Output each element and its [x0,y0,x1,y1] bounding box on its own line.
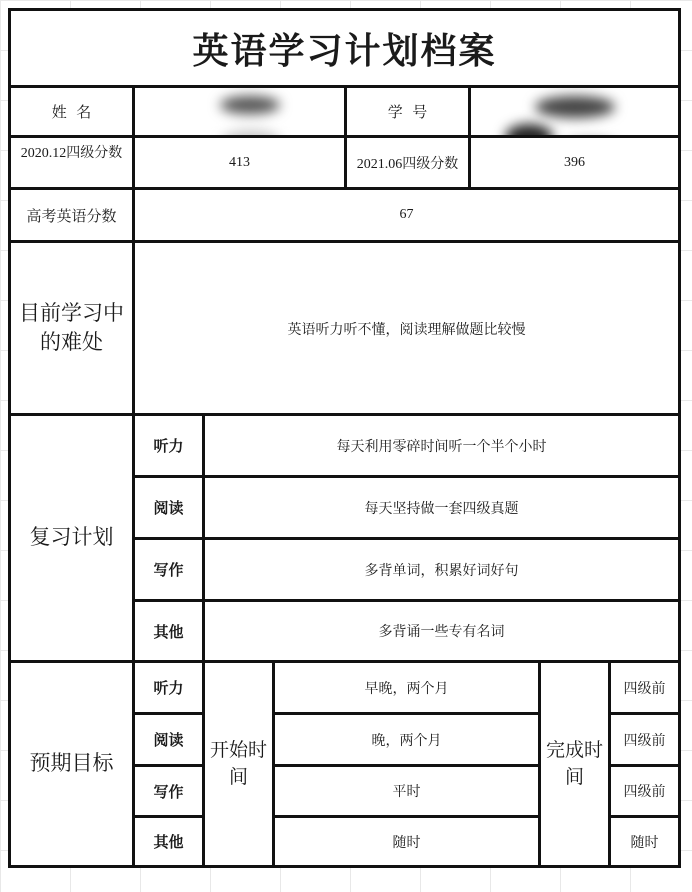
goal-skill-other-cell: 其他 [132,815,205,868]
difficulty-value-cell[interactable]: 英语听力听不懂，阅读理解做题比较慢 [132,240,681,416]
cet4-2020-value: 413 [229,155,250,171]
review-plan-reading-cell[interactable]: 每天坚持做一套四级真题 [202,475,681,540]
review-plan-reading: 每天坚持做一套四级真题 [365,498,519,518]
goal-start-other: 随时 [393,832,421,852]
difficulty-label-cell: 目前学习中的难处 [8,240,135,416]
goal-finish-listening-cell[interactable]: 四级前 [608,660,681,715]
goal-skill-listening-cell: 听力 [132,660,205,715]
goal-start-listening-cell[interactable]: 早晚，两个月 [272,660,541,715]
goal-start-writing: 平时 [393,781,421,801]
goal-skill-other: 其他 [153,831,183,852]
review-skill-writing-cell: 写作 [132,537,205,602]
cet4-2020-value-cell[interactable]: 413 [132,135,347,190]
goal-finish-reading-cell[interactable]: 四级前 [608,712,681,767]
review-skill-other: 其他 [153,621,183,642]
cet4-2021-value-cell[interactable]: 396 [468,135,681,190]
review-plan-other-cell[interactable]: 多背诵一些专有名词 [202,599,681,663]
gaokao-value-cell[interactable]: 67 [132,187,681,243]
goal-finish-writing-cell[interactable]: 四级前 [608,764,681,818]
review-plan-writing-cell[interactable]: 多背单词，积累好词好句 [202,537,681,602]
goal-finish-reading: 四级前 [624,730,666,750]
goals-label-cell: 预期目标 [8,660,135,868]
review-skill-reading-cell: 阅读 [132,475,205,540]
start-time-label-cell: 开始时间 [202,660,275,868]
gaokao-label: 高考英语分数 [26,205,116,226]
difficulty-label: 目前学习中的难处 [15,299,128,358]
document-title: 英语学习计划档案 [8,8,681,88]
review-plan-listening: 每天利用零碎时间听一个半个小时 [337,436,547,456]
name-label-cell: 姓 名 [8,85,135,138]
finish-time-label-cell: 完成时间 [538,660,611,868]
cet4-2021-label: 2021.06四级分数 [357,153,459,173]
goal-skill-writing: 写作 [153,781,183,802]
goal-start-reading-cell[interactable]: 晚，两个月 [272,712,541,767]
review-plan-writing: 多背单词，积累好词好句 [365,560,519,580]
start-time-label: 开始时间 [207,737,270,790]
goal-start-other-cell[interactable]: 随时 [272,815,541,868]
goal-finish-listening: 四级前 [624,678,666,698]
review-plan-label-cell: 复习计划 [8,413,135,663]
review-plan-other: 多背诵一些专有名词 [379,621,505,641]
review-plan-listening-cell[interactable]: 每天利用零碎时间听一个半个小时 [202,413,681,478]
redaction-blur-id-2 [535,96,615,118]
cet4-2020-label: 2020.12四级分数 [21,142,123,162]
review-skill-listening-cell: 听力 [132,413,205,478]
goal-skill-writing-cell: 写作 [132,764,205,818]
goal-start-writing-cell[interactable]: 平时 [272,764,541,818]
gaokao-label-cell: 高考英语分数 [8,187,135,243]
goal-skill-reading-cell: 阅读 [132,712,205,767]
gaokao-value: 67 [400,207,414,223]
review-skill-other-cell: 其他 [132,599,205,663]
review-skill-listening: 听力 [153,435,183,456]
title-text: 英语学习计划档案 [192,23,496,74]
cet4-2020-label-cell: 2020.12四级分数 [8,135,135,190]
goal-finish-other-cell[interactable]: 随时 [608,815,681,868]
redaction-blur-name [220,96,280,114]
cet4-2021-value: 396 [564,155,585,171]
student-id-label-cell: 学 号 [344,85,471,138]
difficulty-value: 英语听力听不懂，阅读理解做题比较慢 [288,319,526,339]
goal-finish-other: 随时 [631,832,659,852]
review-skill-writing: 写作 [153,559,183,580]
goal-skill-reading: 阅读 [153,729,183,750]
goal-start-reading: 晚，两个月 [372,730,442,750]
finish-time-label: 完成时间 [543,737,606,790]
goal-skill-listening: 听力 [153,677,183,698]
review-plan-label: 复习计划 [30,523,114,552]
name-label: 姓 名 [52,101,92,122]
cet4-2021-label-cell: 2021.06四级分数 [344,135,471,190]
goal-start-listening: 早晚，两个月 [365,678,449,698]
goals-label: 预期目标 [30,749,114,778]
student-id-label: 学 号 [388,101,428,122]
review-skill-reading: 阅读 [153,497,183,518]
goal-finish-writing: 四级前 [624,781,666,801]
